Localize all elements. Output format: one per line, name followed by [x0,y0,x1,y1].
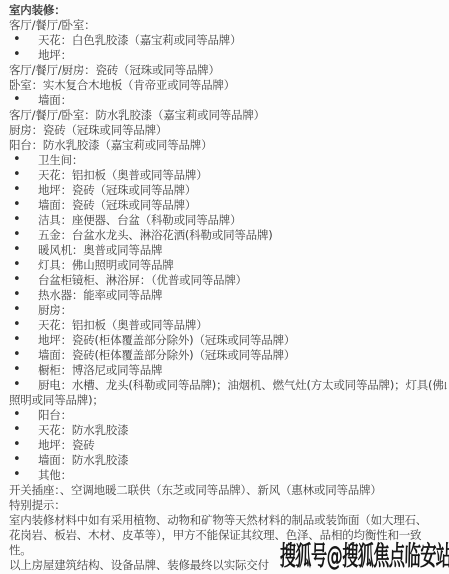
bullet-marker: • [13,468,20,482]
spec-line-text: 墙面： [38,93,72,107]
spec-line-text: 天花：防水乳胶漆 [38,423,128,437]
bullet-marker: • [13,33,20,47]
spec-line-text: 客厅/餐厅/厨房：瓷砖（冠珠或同等品牌） [9,63,220,77]
spec-line: • 暖风机：奥普或同等品牌 [9,243,447,258]
spec-line-text: 地坪：瓷砖 [38,438,95,452]
spec-line-text: 厨房： [38,303,72,317]
spec-line-text: 客厅/餐厅/卧室： [9,18,95,32]
spec-line-text: 天花：铝扣板（奥普或同等品牌） [38,318,208,332]
spec-line: 特别提示： [9,498,447,513]
bullet-marker: • [13,363,20,377]
spec-line: • 厨电：水槽、龙头(科勒或同等品牌)；油烟机、燃气灶(方太或同等品牌)；灯具(… [9,378,447,393]
spec-line: • 墙面：瓷砖（冠珠或同等品牌） [9,198,447,213]
spec-line: • 阳台： [9,408,447,423]
bullet-marker: • [13,243,20,257]
spec-line: 客厅/餐厅/卧室： [9,18,447,33]
bullet-marker: • [13,228,20,242]
spec-line: • 地坪：瓷砖(柜体覆盖部分除外)（冠珠或同等品牌） [9,333,447,348]
bullet-marker: • [13,318,20,332]
spec-line-text: 卧室：实木复合木地板（肯帝亚或同等品牌） [9,78,235,92]
bullet-marker: • [13,48,20,62]
spec-line: 阳台：防水乳胶漆（嘉宝莉或同等品牌） [9,138,447,153]
spec-line-text: 天花：白色乳胶漆（嘉宝莉或同等品牌） [38,33,241,47]
spec-line-text: 室内装修材料中如有采用植物、动物和矿物等天然材料的制品或装饰面（如大理石、 [9,513,427,527]
spec-line-text: 其他： [38,468,72,482]
spec-line-text: 厨电：水槽、龙头(科勒或同等品牌)；油烟机、燃气灶(方太或同等品牌)；灯具(佛山 [38,378,447,392]
bullet-marker: • [13,183,20,197]
spec-line-text: 厨房：瓷砖（冠珠或同等品牌） [9,123,167,137]
spec-line: • 洁具：座便器、台盆（科勒或同等品牌） [9,213,447,228]
spec-line: 室内装修： [9,3,447,18]
spec-line-text: 室内装修： [9,3,66,17]
bullet-marker: • [13,93,20,107]
sohu-watermark: 搜狐号@搜狐焦点临安站 [279,534,449,573]
spec-line-text: 暖风机：奥普或同等品牌 [38,243,162,257]
spec-line-text: 灯具：佛山照明或同等品牌 [38,258,174,272]
bullet-marker: • [13,303,20,317]
spec-line: 照明或同等品牌)； [9,393,447,408]
spec-line: • 天花：防水乳胶漆 [9,423,447,438]
decoration-spec-list: 室内装修： 客厅/餐厅/卧室： • 天花：白色乳胶漆（嘉宝莉或同等品牌） • 地… [9,3,447,573]
spec-line: 客厅/餐厅/厨房：瓷砖（冠珠或同等品牌） [9,63,447,78]
spec-line-text: 台盆柜镜柜、淋浴屏：（优普或同等品牌） [38,273,247,287]
spec-line-text: 热水器：能率或同等品牌 [38,288,162,302]
spec-line-text: 五金：台盆水龙头、淋浴花洒(科勒或同等品牌) [38,228,273,242]
spec-line: • 五金：台盆水龙头、淋浴花洒(科勒或同等品牌) [9,228,447,243]
bullet-marker: • [13,348,20,362]
document-page: 室内装修： 客厅/餐厅/卧室： • 天花：白色乳胶漆（嘉宝莉或同等品牌） • 地… [0,0,449,574]
bullet-marker: • [13,423,20,437]
bullet-marker: • [13,258,20,272]
bullet-marker: • [13,153,20,167]
spec-line: • 地坪：瓷砖 [9,438,447,453]
spec-line: • 厨房： [9,303,447,318]
spec-line: • 热水器：能率或同等品牌 [9,288,447,303]
spec-line-text: 卫生间： [38,153,83,167]
spec-line: • 地坪：瓷砖（冠珠或同等品牌） [9,183,447,198]
spec-line: • 灯具：佛山照明或同等品牌 [9,258,447,273]
spec-line: 卧室：实木复合木地板（肯帝亚或同等品牌） [9,78,447,93]
bullet-marker: • [13,213,20,227]
spec-line-text: 洁具：座便器、台盆（科勒或同等品牌） [38,213,241,227]
spec-line: • 天花：铝扣板（奥普或同等品牌） [9,168,447,183]
spec-line: • 墙面：瓷砖(柜体覆盖部分除外)（冠珠或同等品牌） [9,348,447,363]
spec-line: • 地坪： [9,48,447,63]
spec-line: 厨房：瓷砖（冠珠或同等品牌） [9,123,447,138]
bullet-marker: • [13,198,20,212]
spec-line-text: 橱柜：博洛尼或同等品牌 [38,363,162,377]
spec-line: • 橱柜：博洛尼或同等品牌 [9,363,447,378]
spec-line-text: 特别提示： [9,498,66,512]
spec-line: 客厅/餐厅/卧室：防水乳胶漆（嘉宝莉或同等品牌） [9,108,447,123]
spec-line-text: 墙面：防水乳胶漆 [38,453,128,467]
spec-line-text: 开关插座：、空调地暖二联供（东芝或同等品牌）、新风（惠林或同等品牌） [9,483,382,497]
bullet-marker: • [13,288,20,302]
bullet-marker: • [13,408,20,422]
spec-line-text: 以上房屋建筑结构、设备品牌、装修最终以实际交付 [9,558,269,572]
spec-line-text: 阳台： [38,408,72,422]
bullet-marker: • [13,273,20,287]
bullet-marker: • [13,378,20,392]
spec-line-text: 墙面：瓷砖(柜体覆盖部分除外)（冠珠或同等品牌） [38,348,295,362]
bullet-marker: • [13,453,20,467]
spec-line: • 墙面：防水乳胶漆 [9,453,447,468]
spec-line: 开关插座：、空调地暖二联供（东芝或同等品牌）、新风（惠林或同等品牌） [9,483,447,498]
spec-line-text: 墙面：瓷砖（冠珠或同等品牌） [38,198,196,212]
spec-line-text: 地坪：瓷砖(柜体覆盖部分除外)（冠珠或同等品牌） [38,333,295,347]
spec-line-text: 地坪：瓷砖（冠珠或同等品牌） [38,183,196,197]
spec-line-text: 天花：铝扣板（奥普或同等品牌） [38,168,208,182]
bullet-marker: • [13,333,20,347]
spec-line: • 台盆柜镜柜、淋浴屏：（优普或同等品牌） [9,273,447,288]
spec-line-text: 客厅/餐厅/卧室：防水乳胶漆（嘉宝莉或同等品牌） [9,108,265,122]
spec-line: • 其他： [9,468,447,483]
spec-line-text: 地坪： [38,48,72,62]
spec-line-text: 性。 [9,543,32,557]
spec-line: • 天花：铝扣板（奥普或同等品牌） [9,318,447,333]
spec-line: • 卫生间： [9,153,447,168]
spec-line-text: 照明或同等品牌)； [9,393,104,407]
spec-line: • 墙面： [9,93,447,108]
bullet-marker: • [13,438,20,452]
spec-line: • 天花：白色乳胶漆（嘉宝莉或同等品牌） [9,33,447,48]
bullet-marker: • [13,168,20,182]
spec-line: 室内装修材料中如有采用植物、动物和矿物等天然材料的制品或装饰面（如大理石、 [9,513,447,528]
spec-line-text: 阳台：防水乳胶漆（嘉宝莉或同等品牌） [9,138,212,152]
